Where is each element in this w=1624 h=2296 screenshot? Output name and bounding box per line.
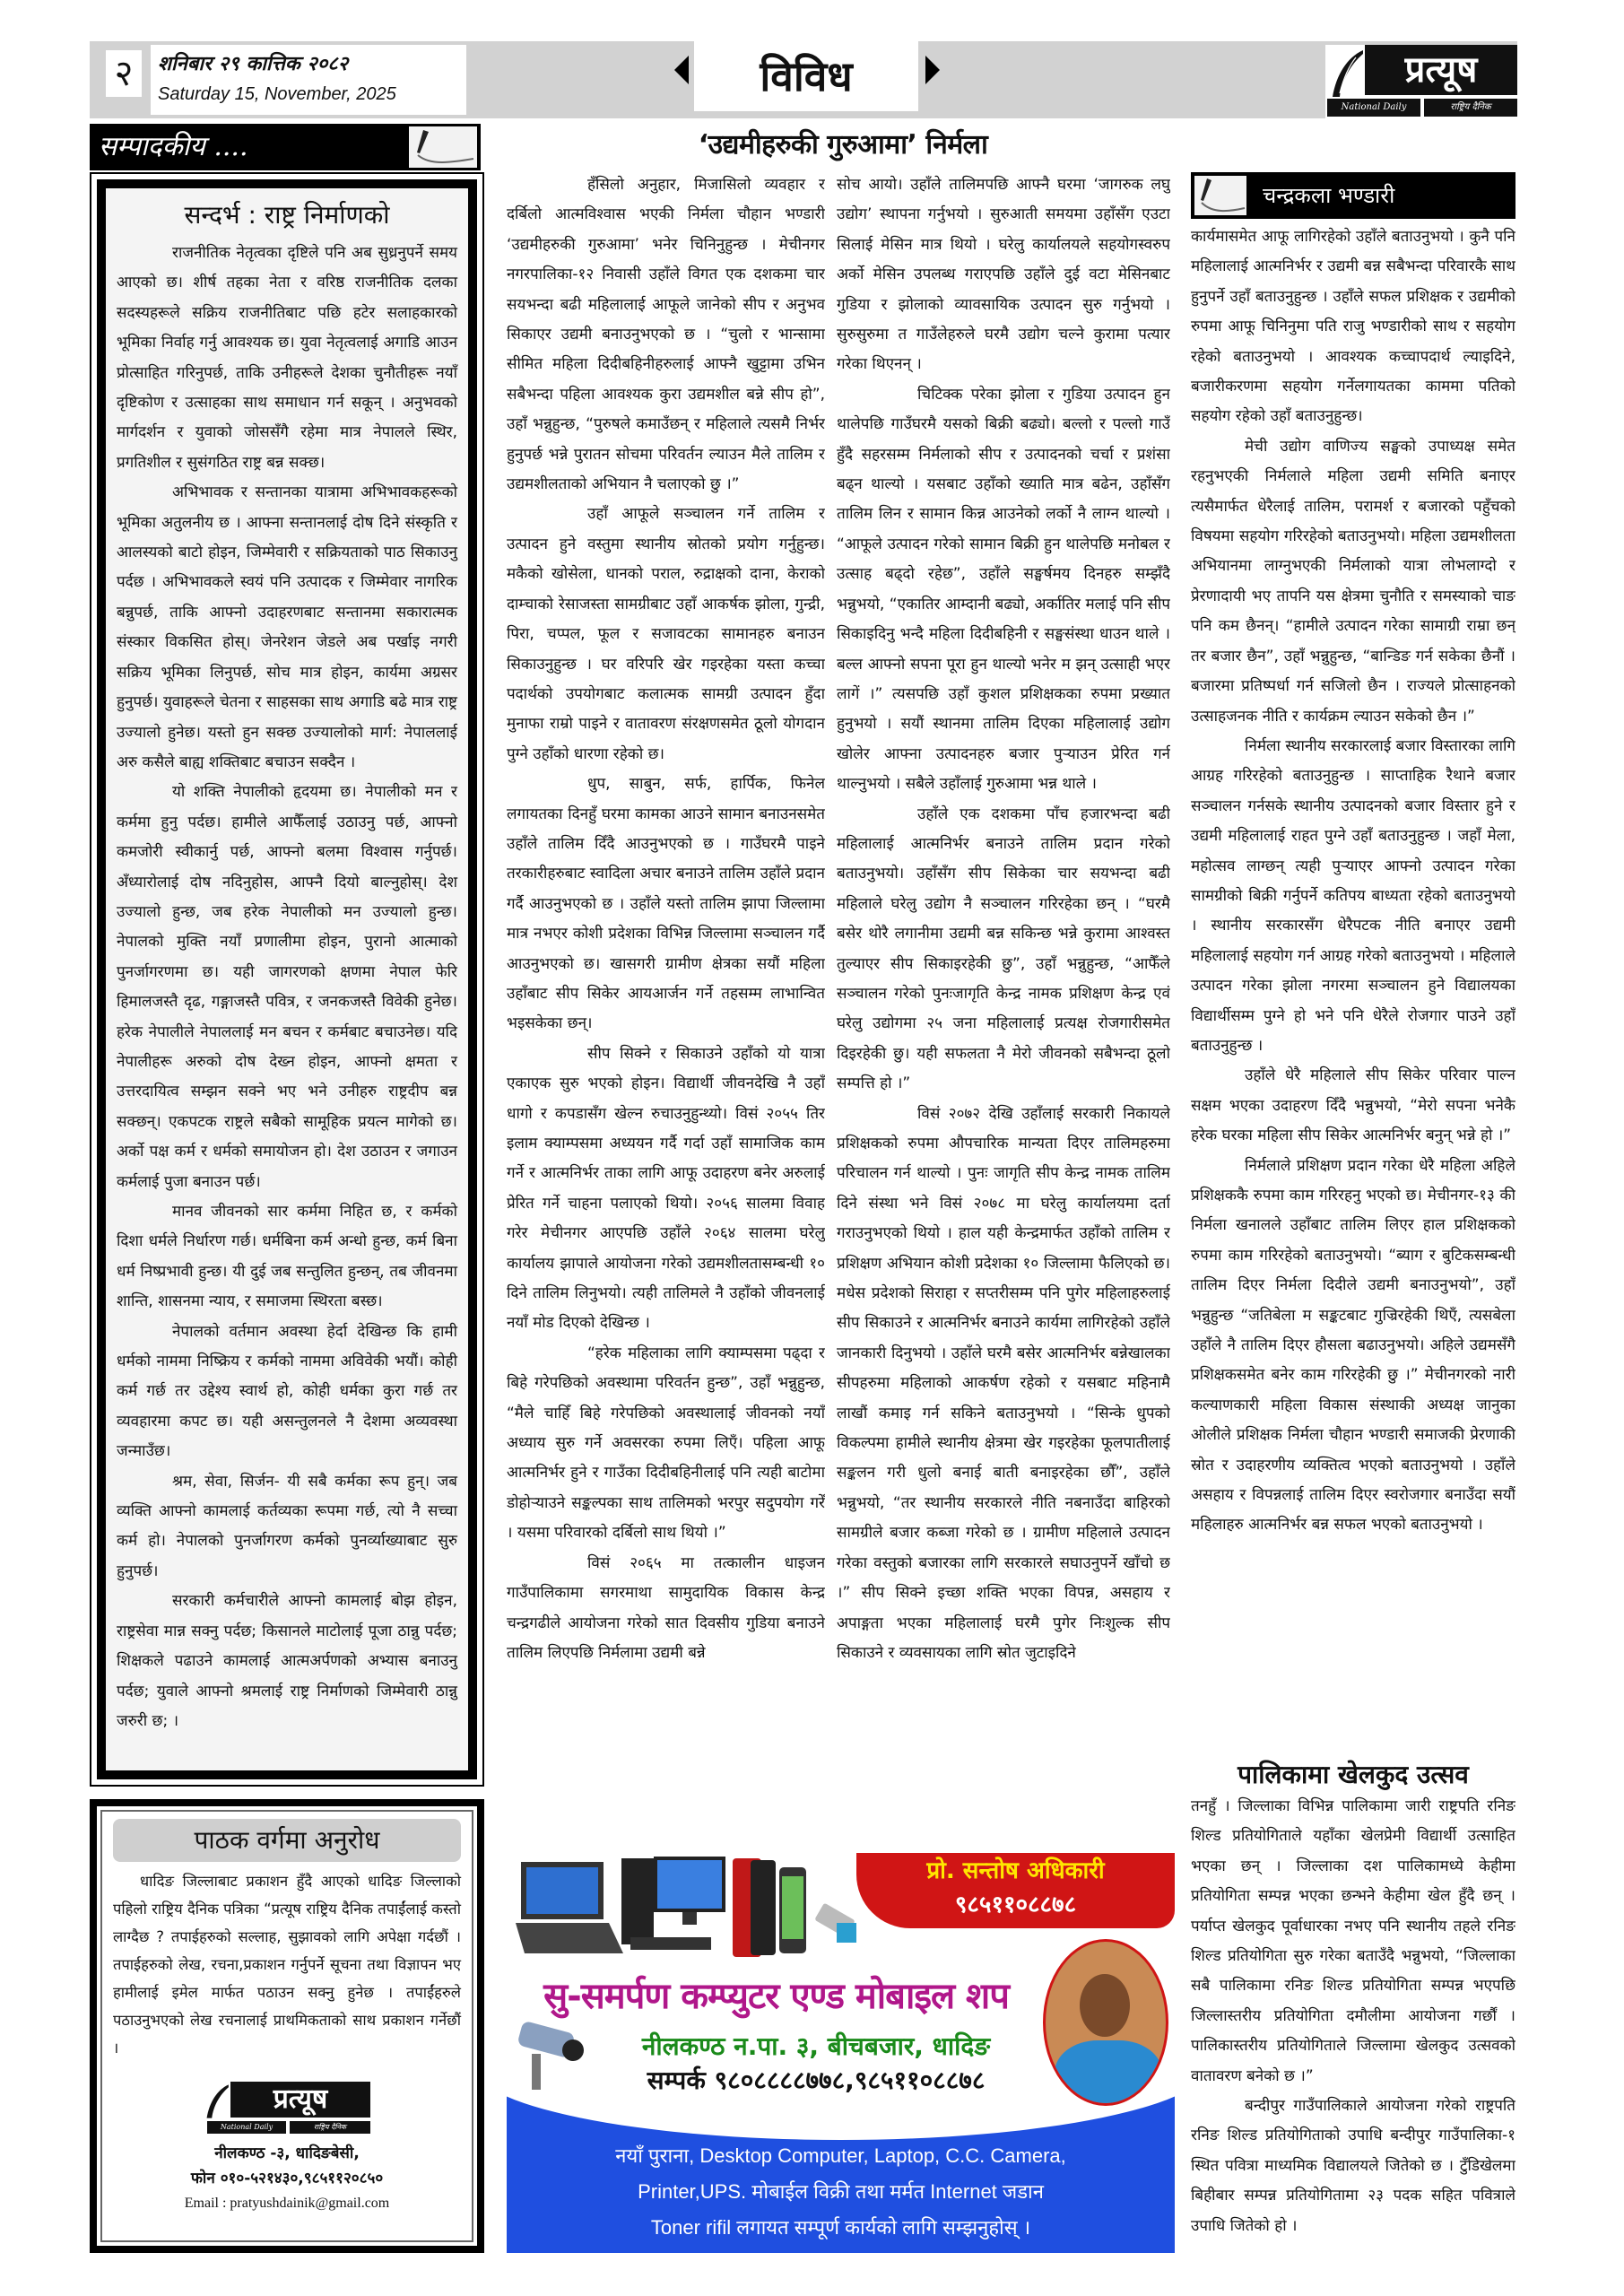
arrow-right-icon [925,56,940,84]
editorial-paragraph: यो शक्ति नेपालीको हृदयमा छ। नेपालीको मन … [117,778,457,1197]
sports-article: तनहुँ । जिल्लाका विभिन्न पालिकामा जारी र… [1191,1792,1515,2258]
service-line: Printer,UPS. मोबाईल विक्री तथा मर्मत Int… [507,2174,1175,2210]
logo-tag-np: राष्ट्रिय दैनिक [290,2121,370,2134]
shop-name: सु-समर्पण कम्प्युटर एण्ड मोबाइल शप [514,1970,1038,2023]
footer-logo: प्रत्यूष National Daily राष्ट्रिय दैनिक [204,2082,370,2135]
feather-icon [1329,48,1365,99]
cctv-camera-icon [510,2020,600,2092]
date-box: शनिबार २९ कात्तिक २०८२ Saturday 15, Nove… [151,45,466,115]
proprietor-phone: ९८५११०८८७८ [856,1889,1175,1921]
article-paragraph: “हरेक महिलाका लागि क्याम्पसमा पढ्दा र बि… [507,1339,825,1549]
editorial-paragraph: नेपालको वर्तमान अवस्था हेर्दा देखिन्छ कि… [117,1318,457,1467]
author-byline: चन्द्रकला भण्डारी [1191,172,1515,219]
reader-request-text: धादिङ जिल्लाबाट प्रकाशन हुँदै आएको धादिङ… [113,1867,461,2062]
logo-wordmark: प्रत्यूष [230,2082,370,2118]
service-line: नयाँ पुराना, Desktop Computer, Laptop, C… [507,2138,1175,2174]
article-paragraph: निर्मलाले प्रशिक्षण प्रदान गरेका धेरै मह… [1191,1152,1515,1541]
editorial-paragraph: अभिभावक र सन्तानका यात्रामा अभिभावकहरूको… [117,478,457,778]
article-paragraph: उहाँले धेरै महिलाले सीप सिकेर परिवार पाल… [1191,1061,1515,1151]
logo-tag-en: National Daily [207,2121,286,2134]
article-paragraph: सोच आयो। उहाँले तालिमपछि आफ्नै घरमा ‘जाग… [837,170,1170,380]
editorial-title: सन्दर्भ : राष्ट्र निर्माणको [117,196,457,235]
service-line: Toner rifil लगायत सम्पूर्ण कार्यको लागि … [507,2210,1175,2246]
editorial-label: सम्पादकीय .... [99,129,248,165]
editorial-body: राजनीतिक नेतृत्वका दृष्टिले पनि अब सुध्र… [117,239,457,1736]
office-phone: फोन ०१०-५२१४३०,९८५११२०८५० [113,2166,461,2191]
logo-tag-np: राष्ट्रिय दैनिक [1424,99,1517,117]
article-paragraph: विसं २०७२ देखि उहाँलाई सरकारी निकायले प्… [837,1100,1170,1669]
section-title: विविध [694,41,918,111]
article-column-1: हँसिलो अनुहार, मिजासिलो व्यवहार र दर्बिल… [507,170,825,1848]
date-english: Saturday 15, November, 2025 [158,79,459,109]
proprietor-photo [1043,1939,1168,2106]
logo-wordmark: प्रत्यूष [1365,45,1517,95]
article-paragraph: निर्मला स्थानीय सरकारलाई बजार विस्तारका … [1191,732,1515,1061]
office-email[interactable]: Email : pratyushdainik@gmail.com [113,2191,461,2216]
article-paragraph: धुप, साबुन, सर्फ, हार्पिक, फिनेल लगायतका… [507,770,825,1039]
proprietor-name: प्रो. सन्तोष अधिकारी [856,1853,1175,1889]
article-column-2: सोच आयो। उहाँले तालिमपछि आफ्नै घरमा ‘जाग… [837,170,1170,1848]
editorial-paragraph: मानव जीवनको सार कर्ममा निहित छ, र कर्मको… [117,1197,457,1318]
reader-request-box: पाठक वर्गमा अनुरोध धादिङ जिल्लाबाट प्रका… [90,1799,484,2253]
pen-icon [409,126,477,168]
page-number: २ [106,50,142,97]
newspaper-logo: प्रत्यूष National Daily राष्ट्रिय दैनिक [1325,45,1517,120]
article-paragraph: हँसिलो अनुहार, मिजासिलो व्यवहार र दर्बिल… [507,170,825,500]
article-column-3: कार्यमासमेत आफू लागिरहेको उहाँले बताउनुभ… [1191,222,1515,1758]
date-nepali: शनिबार २९ कात्तिक २०८२ [158,48,459,79]
editorial-paragraph: राजनीतिक नेतृत्वका दृष्टिले पनि अब सुध्र… [117,239,457,478]
article-title: ‘उद्यमीहरुकी गुरुआमा’ निर्मला [502,126,1184,165]
editorial-paragraph: सरकारी कर्मचारीले आफ्नो कामलाई बोझ होइन,… [117,1587,457,1736]
sports-paragraph: तनहुँ । जिल्लाका विभिन्न पालिकामा जारी र… [1191,1792,1515,2092]
article-paragraph: उहाँले एक दशकमा पाँच हजारभन्दा बढी महिला… [837,800,1170,1100]
pen-icon [1194,176,1246,215]
editorial-paragraph: श्रम, सेवा, सिर्जन- यी सबै कर्मका रूप हु… [117,1467,457,1587]
article-paragraph: चिटिक्क परेका झोला र गुडिया उत्पादन हुन … [837,380,1170,800]
shop-address: नीलकण्ठ न.पा. ३, बीचबजार, धादिङ [605,2029,1027,2065]
article-paragraph: सीप सिक्ने र सिकाउने उहाँको यो यात्रा एक… [507,1039,825,1339]
editorial-box: सन्दर्भ : राष्ट्र निर्माणको राजनीतिक नेत… [90,172,484,1787]
article-paragraph: कार्यमासमेत आफू लागिरहेको उहाँले बताउनुभ… [1191,222,1515,432]
logo-tag-en: National Daily [1327,99,1420,117]
sports-paragraph: बन्दीपुर गाउँपालिकाले आयोजना गरेको राष्ट… [1191,2092,1515,2241]
feather-icon [204,2083,230,2119]
shop-services: नयाँ पुराना, Desktop Computer, Laptop, C… [507,2138,1175,2246]
article-paragraph: विसं २०६५ मा तत्कालीन धाइजन गाउँपालिकामा… [507,1549,825,1669]
article-paragraph: उहाँ आफूले सञ्चालन गर्ने तालिम र उत्पादन… [507,500,825,770]
office-address: नीलकण्ठ -३, धादिङबेसी, [113,2141,461,2166]
shop-contact: सम्पर्क ९८०८८८८७७८,९८५११०८८७८ [605,2063,1027,2099]
devices-image [516,1857,856,1964]
article-paragraph: मेची उद्योग वाणिज्य सङ्घको उपाध्यक्ष समे… [1191,432,1515,732]
reader-request-title: पाठक वर्गमा अनुरोध [113,1819,461,1862]
editorial-header: सम्पादकीय .... [90,124,481,170]
arrow-left-icon [674,56,689,84]
proprietor-banner: प्रो. सन्तोष अधिकारी ९८५११०८८७८ [856,1853,1175,1928]
sports-headline: पालिकामा खेलकुद उत्सव [1191,1758,1515,1792]
author-name: चन्द्रकला भण्डारी [1263,178,1394,213]
shop-advertisement[interactable]: प्रो. सन्तोष अधिकारी ९८५११०८८७८ सु-समर्प… [507,1853,1175,2253]
